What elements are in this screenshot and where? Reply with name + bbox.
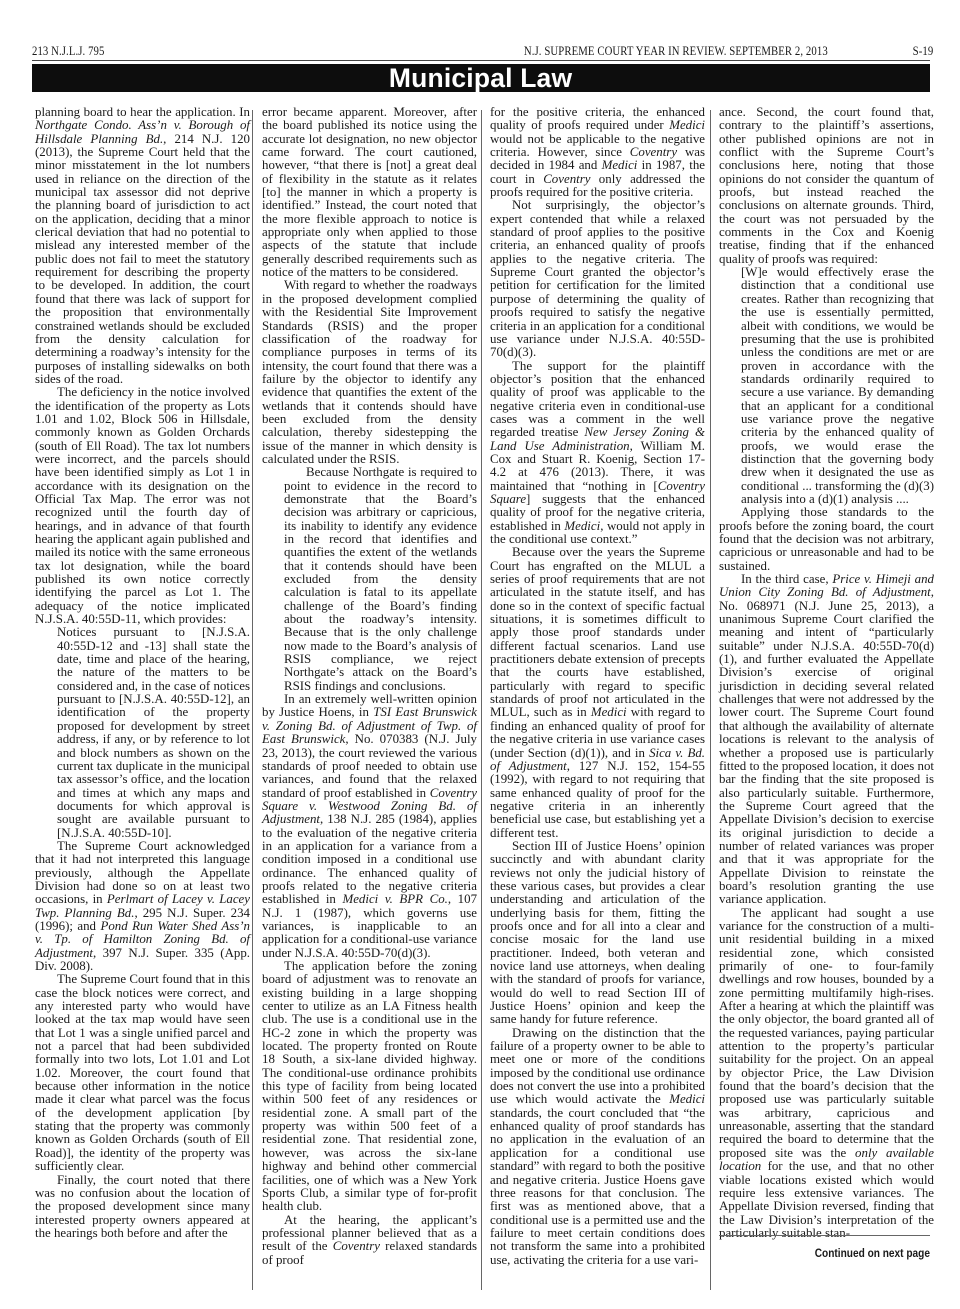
- case-citation: Coventry: [630, 145, 677, 159]
- text-run: Finally, the court noted that there was …: [35, 1173, 250, 1240]
- text-run: With regard to whether the roadways in t…: [262, 278, 477, 465]
- text-run: [W]e would effectively erase the distinc…: [741, 265, 934, 506]
- article-paragraph: Notices pursuant to [N.J.S.A. 40:55D-12 …: [57, 626, 250, 840]
- footer-rule: [719, 1235, 930, 1236]
- article-paragraph: ance. Second, the court found that, cont…: [719, 106, 934, 266]
- text-run: standards, the court concluded that “the…: [490, 1106, 705, 1267]
- article-paragraph: for the positive criteria, the enhanced …: [490, 106, 705, 199]
- text-run: Because Northgate is required to point t…: [284, 465, 477, 693]
- case-citation: Medici: [564, 519, 600, 533]
- text-run: error became apparent. Moreover, after t…: [262, 105, 477, 279]
- article-paragraph: Not surprisingly, the objector’s expert …: [490, 199, 705, 359]
- block-quote: Notices pursuant to [N.J.S.A. 40:55D-12 …: [57, 626, 250, 840]
- article-paragraph: The Supreme Court acknowledged that it h…: [35, 840, 250, 973]
- column-divider: [481, 110, 482, 1290]
- article-paragraph: At the hearing, the applicant’s professi…: [262, 1214, 477, 1267]
- text-run: The application before the zoning board …: [262, 959, 477, 1213]
- text-run: Because over the years the Supreme Court…: [490, 545, 705, 719]
- text-run: The applicant had sought a use variance …: [719, 906, 934, 1160]
- text-run: planning board to hear the application. …: [35, 105, 250, 119]
- text-run: Notices pursuant to [N.J.S.A. 40:55D-12 …: [57, 625, 250, 839]
- article-paragraph: In an extremely well-written opinion by …: [262, 693, 477, 960]
- continued-on-next-page[interactable]: Continued on next page: [744, 1248, 930, 1260]
- article-paragraph: With regard to whether the roadways in t…: [262, 279, 477, 466]
- running-head: 213 N.J.L.J. 795 N.J. SUPREME COURT YEAR…: [32, 40, 804, 60]
- case-citation: Coventry: [543, 172, 590, 186]
- article-paragraph: The Supreme Court found that in this cas…: [35, 973, 250, 1173]
- article-paragraph: [W]e would effectively erase the distinc…: [741, 266, 934, 506]
- case-citation: Medici: [602, 158, 638, 172]
- text-run: , No. 068971 (N.J. June 25, 2013), a una…: [719, 585, 934, 906]
- text-run: The Supreme Court found that in this cas…: [35, 972, 250, 1173]
- case-citation: Medici: [669, 118, 705, 132]
- article-paragraph: planning board to hear the application. …: [35, 106, 250, 386]
- article-paragraph: The application before the zoning board …: [262, 960, 477, 1214]
- text-run: ance. Second, the court found that, cont…: [719, 105, 934, 266]
- case-citation: Medici: [591, 705, 627, 719]
- article-paragraph: Finally, the court noted that there was …: [35, 1174, 250, 1241]
- citation: 213 N.J.L.J. 795: [32, 44, 104, 59]
- column-divider: [252, 110, 253, 1290]
- article-column-2: error became apparent. Moreover, after t…: [262, 106, 477, 1267]
- text-run: Not surprisingly, the objector’s expert …: [490, 198, 705, 359]
- article-paragraph: Applying those standards to the proofs b…: [719, 506, 934, 573]
- text-run: Applying those standards to the proofs b…: [719, 505, 934, 572]
- article-paragraph: Section III of Justice Hoens’ opinion su…: [490, 840, 705, 1027]
- article-paragraph: Because Northgate is required to point t…: [284, 466, 477, 693]
- block-quote: [W]e would effectively erase the distinc…: [741, 266, 934, 506]
- section-banner: Municipal Law: [32, 64, 930, 92]
- article-column-1: planning board to hear the application. …: [35, 106, 250, 1240]
- article-paragraph: The support for the plaintiff objector’s…: [490, 360, 705, 547]
- publication-title: N.J. SUPREME COURT YEAR IN REVIEW. SEPTE…: [524, 44, 828, 59]
- block-quote: Because Northgate is required to point t…: [284, 466, 477, 693]
- column-divider: [710, 110, 711, 1290]
- section-title: Municipal Law: [389, 63, 572, 94]
- article-paragraph: The applicant had sought a use variance …: [719, 907, 934, 1241]
- article-paragraph: In the third case, Price v. Himeji and U…: [719, 573, 934, 907]
- header-rule: [32, 60, 930, 61]
- text-run: Section III of Justice Hoens’ opinion su…: [490, 839, 705, 1026]
- article-paragraph: error became apparent. Moreover, after t…: [262, 106, 477, 279]
- case-citation: Medici v. BPR Co.: [342, 892, 447, 906]
- case-citation: Coventry: [333, 1239, 380, 1253]
- text-run: In the third case,: [741, 572, 832, 586]
- article-column-4: ance. Second, the court found that, cont…: [719, 106, 934, 1240]
- article-paragraph: The deficiency in the notice involved th…: [35, 386, 250, 626]
- text-run: The deficiency in the notice involved th…: [35, 385, 250, 626]
- article-column-3: for the positive criteria, the enhanced …: [490, 106, 705, 1267]
- text-run: , 214 N.J. 120 (2013), the Supreme Court…: [35, 132, 250, 386]
- article-paragraph: Drawing on the distinction that the fail…: [490, 1027, 705, 1267]
- article-paragraph: Because over the years the Supreme Court…: [490, 546, 705, 840]
- page-number: S-19: [913, 44, 934, 59]
- case-citation: Medici: [669, 1092, 705, 1106]
